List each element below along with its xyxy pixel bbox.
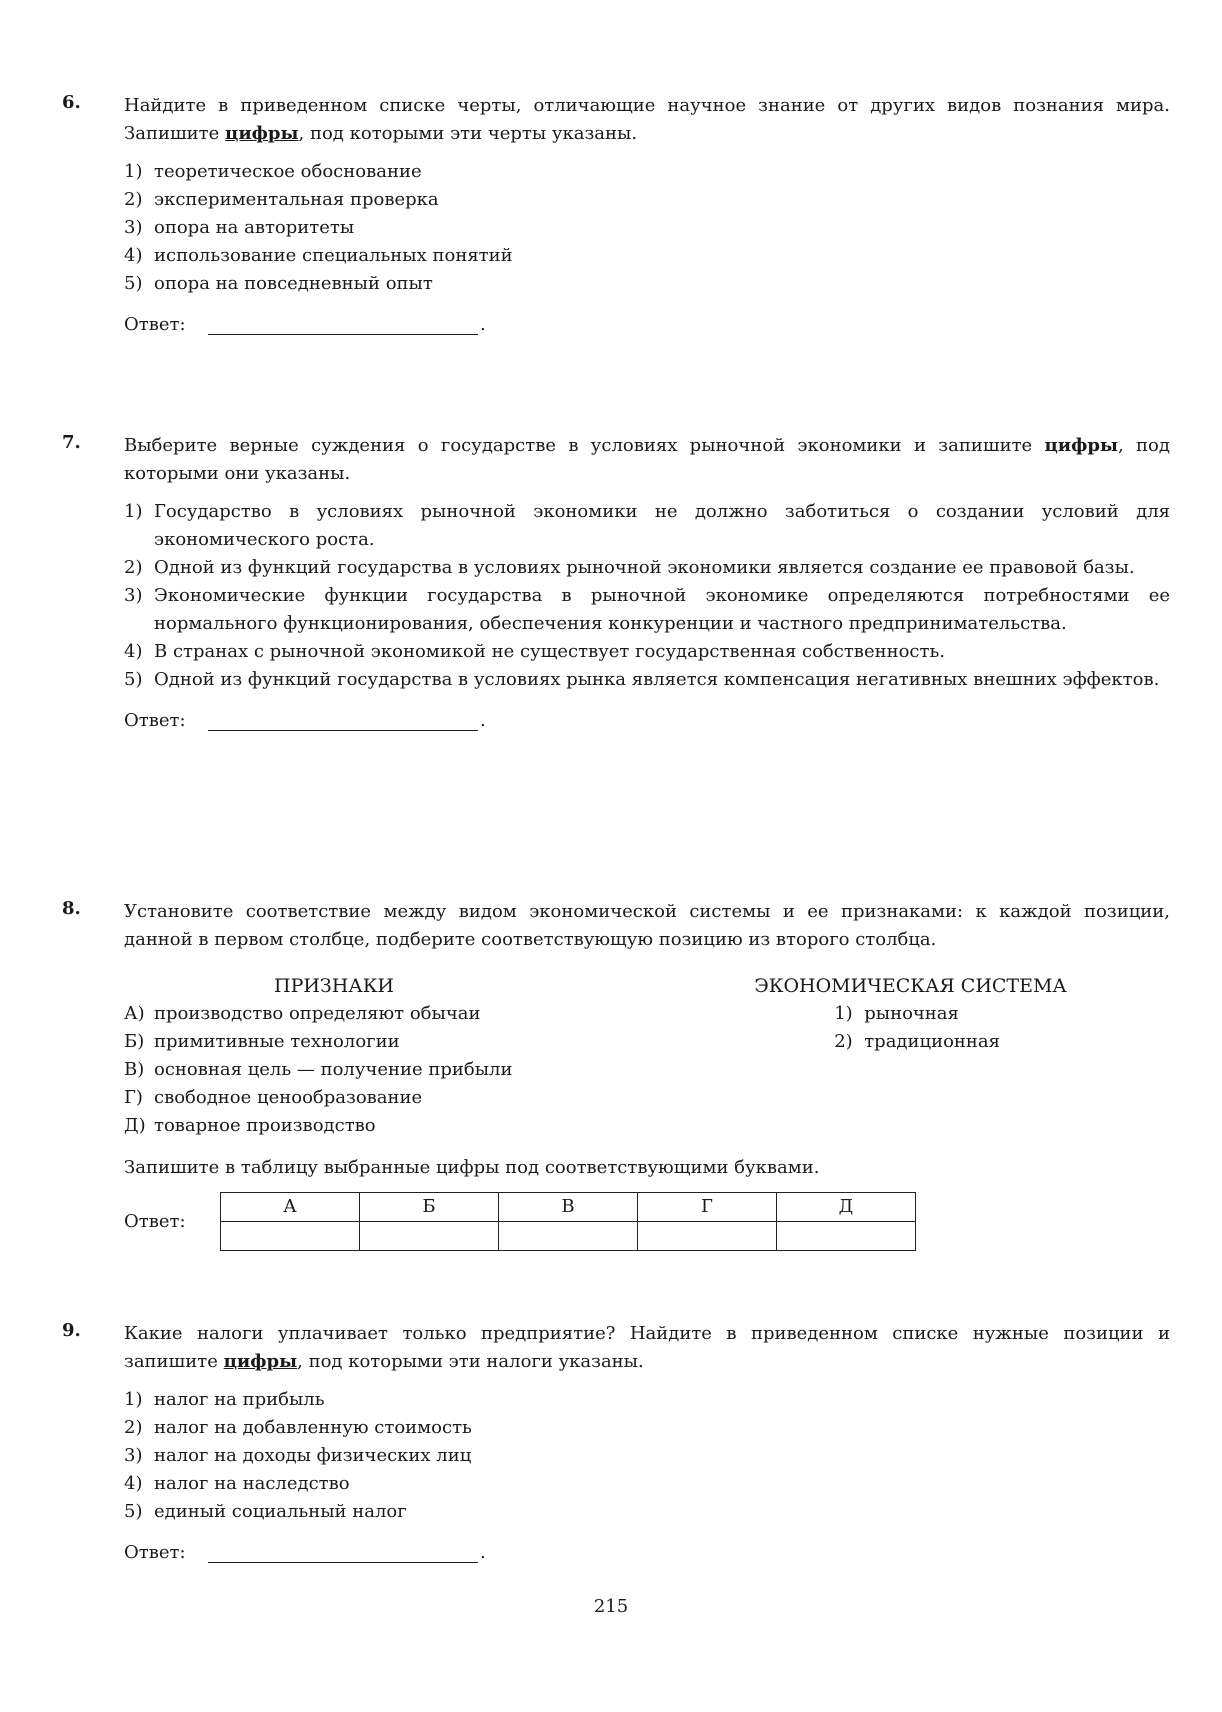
question-8: 8. Установите соответствие между видом э… xyxy=(62,898,1170,1251)
system-item: 2)традиционная xyxy=(728,1028,1170,1056)
option-item: 5)единый социальный налог xyxy=(124,1498,1170,1526)
systems-column: ЭКОНОМИЧЕСКАЯ СИСТЕМА 1)рыночная 2)тради… xyxy=(728,972,1170,1140)
answer-label: Ответ: xyxy=(124,314,208,335)
answer-cell[interactable] xyxy=(360,1222,499,1251)
answer-row: Ответ: . xyxy=(124,314,1170,335)
system-item: 1)рыночная xyxy=(728,1000,1170,1028)
answer-cell[interactable] xyxy=(638,1222,777,1251)
features-header: ПРИЗНАКИ xyxy=(124,972,544,1000)
option-item: 2)Одной из функций государства в условия… xyxy=(124,554,1170,582)
question-9: 9. Какие налоги уплачивает только предпр… xyxy=(62,1320,1170,1563)
table-header-cell: Д xyxy=(777,1193,916,1222)
option-item: 1)теоретическое обоснование xyxy=(124,158,1170,186)
option-item: 3)налог на доходы физических лиц xyxy=(124,1442,1170,1470)
table-header-cell: Г xyxy=(638,1193,777,1222)
table-header-cell: А xyxy=(221,1193,360,1222)
features-column: ПРИЗНАКИ А)производство определяют обыча… xyxy=(124,972,728,1140)
answer-row: Ответ: . xyxy=(124,1542,1170,1563)
answer-table: А Б В Г Д xyxy=(220,1192,916,1251)
answer-cell[interactable] xyxy=(221,1222,360,1251)
answer-cell[interactable] xyxy=(499,1222,638,1251)
feature-item: В)основная цель — получение прибыли xyxy=(124,1056,728,1084)
question-number: 6. xyxy=(62,92,81,113)
option-item: 5)Одной из функций государства в условия… xyxy=(124,666,1170,694)
answer-label: Ответ: xyxy=(124,710,208,731)
feature-item: Д)товарное производство xyxy=(124,1112,728,1140)
feature-item: Б)примитивные технологии xyxy=(124,1028,728,1056)
question-text: Найдите в приведенном списке черты, отли… xyxy=(124,92,1170,148)
question-text: Установите соответствие между видом экон… xyxy=(124,898,1170,954)
options-list: 1)налог на прибыль 2)налог на добавленну… xyxy=(124,1386,1170,1526)
answer-table-row: Ответ: А Б В Г Д xyxy=(124,1192,1170,1251)
answer-row: Ответ: . xyxy=(124,710,1170,731)
option-item: 3)опора на авторитеты xyxy=(124,214,1170,242)
question-7: 7. Выберите верные суждения о государств… xyxy=(62,432,1170,731)
option-item: 2)экспериментальная проверка xyxy=(124,186,1170,214)
systems-header: ЭКОНОМИЧЕСКАЯ СИСТЕМА xyxy=(728,972,1170,1000)
answer-label: Ответ: xyxy=(124,1542,208,1563)
option-item: 4)использование специальных понятий xyxy=(124,242,1170,270)
option-item: 3)Экономические функции государства в ры… xyxy=(124,582,1170,638)
option-item: 4)В странах с рыночной экономикой не сущ… xyxy=(124,638,1170,666)
page-number: 215 xyxy=(0,1596,1222,1617)
question-number: 8. xyxy=(62,898,81,919)
option-item: 1)налог на прибыль xyxy=(124,1386,1170,1414)
question-text: Какие налоги уплачивает только предприят… xyxy=(124,1320,1170,1376)
option-item: 4)налог на наследство xyxy=(124,1470,1170,1498)
option-item: 5)опора на повседневный опыт xyxy=(124,270,1170,298)
feature-item: Г)свободное ценообразование xyxy=(124,1084,728,1112)
options-list: 1)теоретическое обоснование 2)эксперимен… xyxy=(124,158,1170,298)
answer-field[interactable] xyxy=(208,712,478,731)
table-header-cell: В xyxy=(499,1193,638,1222)
table-header-cell: Б xyxy=(360,1193,499,1222)
option-item: 2)налог на добавленную стоимость xyxy=(124,1414,1170,1442)
question-number: 9. xyxy=(62,1320,81,1341)
options-list: 1)Государство в условиях рыночной эконом… xyxy=(124,498,1170,694)
table-instruction: Запишите в таблицу выбранные цифры под с… xyxy=(124,1154,1170,1182)
question-text: Выберите верные суждения о государстве в… xyxy=(124,432,1170,488)
answer-cell[interactable] xyxy=(777,1222,916,1251)
answer-field[interactable] xyxy=(208,1544,478,1563)
answer-field[interactable] xyxy=(208,316,478,335)
question-number: 7. xyxy=(62,432,81,453)
option-item: 1)Государство в условиях рыночной эконом… xyxy=(124,498,1170,554)
feature-item: А)производство определяют обычаи xyxy=(124,1000,728,1028)
question-6: 6. Найдите в приведенном списке черты, о… xyxy=(62,92,1170,335)
matching-columns: ПРИЗНАКИ А)производство определяют обыча… xyxy=(124,972,1170,1140)
answer-label: Ответ: xyxy=(124,1211,220,1232)
